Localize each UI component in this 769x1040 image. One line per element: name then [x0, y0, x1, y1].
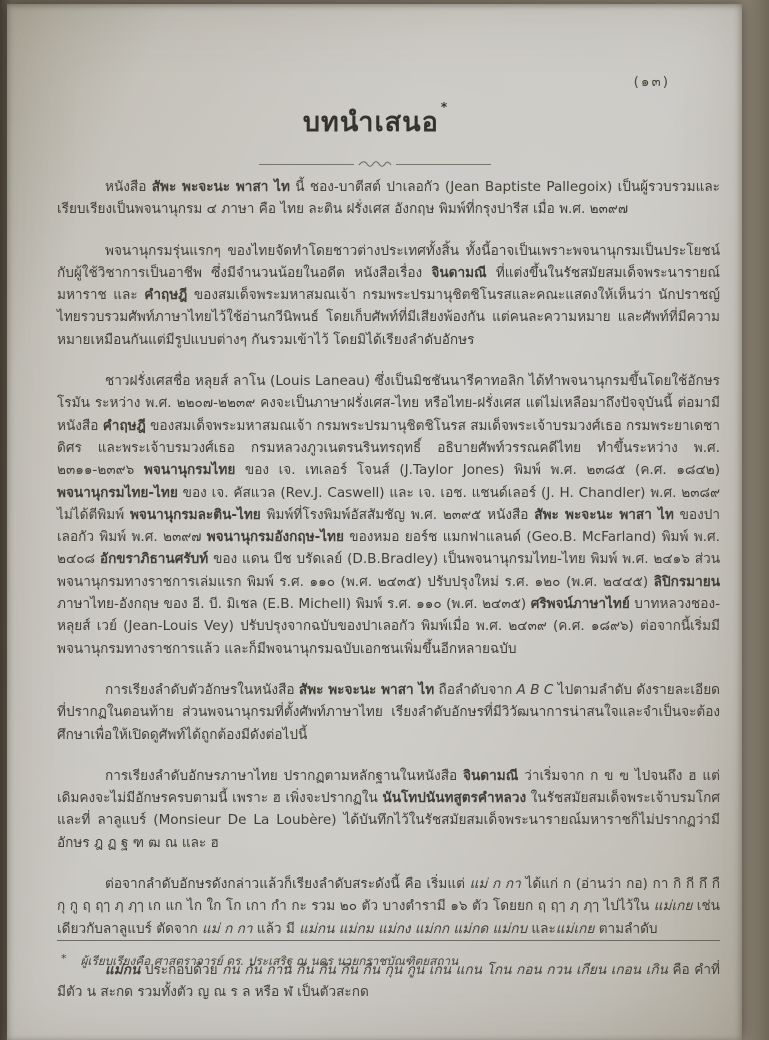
- divider-ornament-icon: [358, 159, 392, 169]
- paragraph-5: การเรียงลำดับอักษรภาษาไทย ปรากฏตามหลักฐา…: [57, 765, 720, 854]
- title-block: บทนำเสนอ*: [7, 100, 742, 169]
- scan-background: { "page": { "number": "(๑๓)", "title": "…: [0, 0, 769, 1040]
- title-footnote-marker: *: [441, 100, 448, 114]
- page-title-text: บทนำเสนอ: [303, 107, 439, 138]
- page-title: บทนำเสนอ*: [303, 100, 446, 143]
- scanned-page: (๑๓) บทนำเสนอ* หนังสือ สัพะ พะจะนะ พาสา …: [7, 4, 742, 1040]
- title-divider: [259, 159, 491, 169]
- divider-line-right: [396, 164, 491, 165]
- page-number: (๑๓): [634, 70, 670, 92]
- paragraph-1: หนังสือ สัพะ พะจะนะ พาสา ไท นี้ ชอง-บาตี…: [57, 176, 720, 221]
- footnote: * ผู้เรียบเรียงคือ ศาสตราจารย์ ดร. ประเส…: [57, 952, 720, 971]
- paragraph-2: พจนานุกรมรุ่นแรกๆ ของไทยจัดทำโดยชาวต่างป…: [57, 240, 720, 351]
- footnote-text: ผู้เรียบเรียงคือ ศาสตราจารย์ ดร. ประเสริ…: [81, 952, 459, 971]
- footnote-rule: [57, 940, 720, 941]
- body-text: หนังสือ สัพะ พะจะนะ พาสา ไท นี้ ชอง-บาตี…: [57, 176, 720, 1023]
- paragraph-6: ต่อจากลำดับอักษรดังกล่าวแล้วก็เรียงลำดับ…: [57, 873, 720, 940]
- paragraph-3: ชาวฝรั่งเศสชื่อ หลุยส์ ลาโน (Louis Lanea…: [57, 370, 720, 660]
- footnote-area: * ผู้เรียบเรียงคือ ศาสตราจารย์ ดร. ประเส…: [57, 940, 720, 971]
- paragraph-4: การเรียงลำดับตัวอักษรในหนังสือ สัพะ พะจะ…: [57, 679, 720, 746]
- divider-line-left: [259, 164, 354, 165]
- footnote-marker: *: [57, 952, 67, 971]
